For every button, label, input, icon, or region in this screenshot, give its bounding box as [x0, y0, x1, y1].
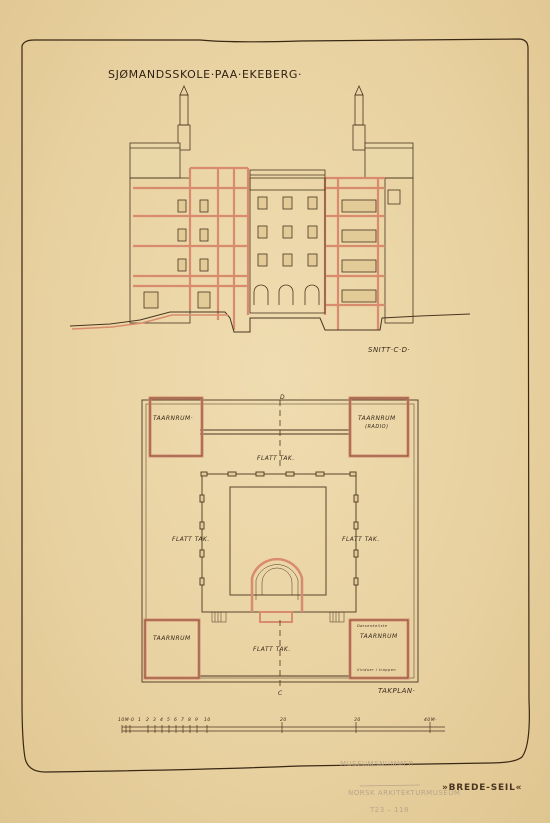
svg-text:7: 7 — [181, 717, 184, 723]
building-section — [70, 86, 470, 332]
svg-text:8: 8 — [188, 717, 191, 723]
scale-bar-labels: 10M·0 1 2 3 4 5 6 7 8 9 10 20 30 40M· — [118, 717, 437, 723]
section-label: SNITT·C·D· — [368, 346, 410, 354]
room-label-bottom-right: TAARNRUM — [360, 633, 398, 640]
roof-label-right: FLATT TAK. — [342, 536, 380, 543]
svg-text:30: 30 — [354, 717, 361, 723]
architectural-drawing: SJØMANDSSKOLE·PAA·EKEBERG· — [0, 0, 550, 823]
section-marker-top: D — [280, 394, 285, 401]
room-label-top-right: TAARNRUM — [358, 415, 396, 422]
section-marker-bottom: C — [278, 690, 283, 697]
svg-text:40M·: 40M· — [424, 717, 437, 723]
room-note-bottom-right-top: Dørsenkeliste — [357, 624, 387, 628]
sheet-border — [22, 39, 529, 772]
roof-label-top: FLATT TAK. — [257, 455, 295, 462]
svg-text:1: 1 — [138, 717, 141, 723]
svg-text:6: 6 — [174, 717, 177, 723]
svg-text:2: 2 — [146, 717, 149, 723]
room-sublabel-top-right: (RADIO) — [365, 424, 389, 430]
room-label-bottom-left: TAARNRUM — [153, 635, 191, 642]
roof-label-bottom: FLATT TAK. — [253, 646, 291, 653]
scale-bar — [122, 722, 445, 733]
roof-label-left: FLATT TAK. — [172, 536, 210, 543]
archive-stamp-id: T23 – 118 — [369, 806, 409, 814]
svg-text:10M·0: 10M·0 — [118, 717, 134, 723]
plan-label: TAKPLAN· — [378, 687, 415, 695]
svg-text:9: 9 — [195, 717, 198, 723]
svg-text:5: 5 — [167, 717, 170, 723]
svg-text:10: 10 — [204, 717, 211, 723]
room-note-bottom-right-bottom: Vinduer i trappen — [357, 668, 396, 672]
svg-text:3: 3 — [153, 717, 156, 723]
svg-text:20: 20 — [280, 717, 287, 723]
room-label-top-left: TAARNRUM· — [153, 415, 193, 422]
drawing-sheet: SJØMANDSSKOLE·PAA·EKEBERG· — [0, 0, 550, 823]
drawing-title: SJØMANDSSKOLE·PAA·EKEBERG· — [108, 68, 302, 81]
svg-text:4: 4 — [160, 717, 163, 723]
maker-stamp: »BREDE-SEIL« — [442, 783, 522, 793]
archive-stamp-number: MUSEUMSNUMMER — [340, 760, 414, 768]
